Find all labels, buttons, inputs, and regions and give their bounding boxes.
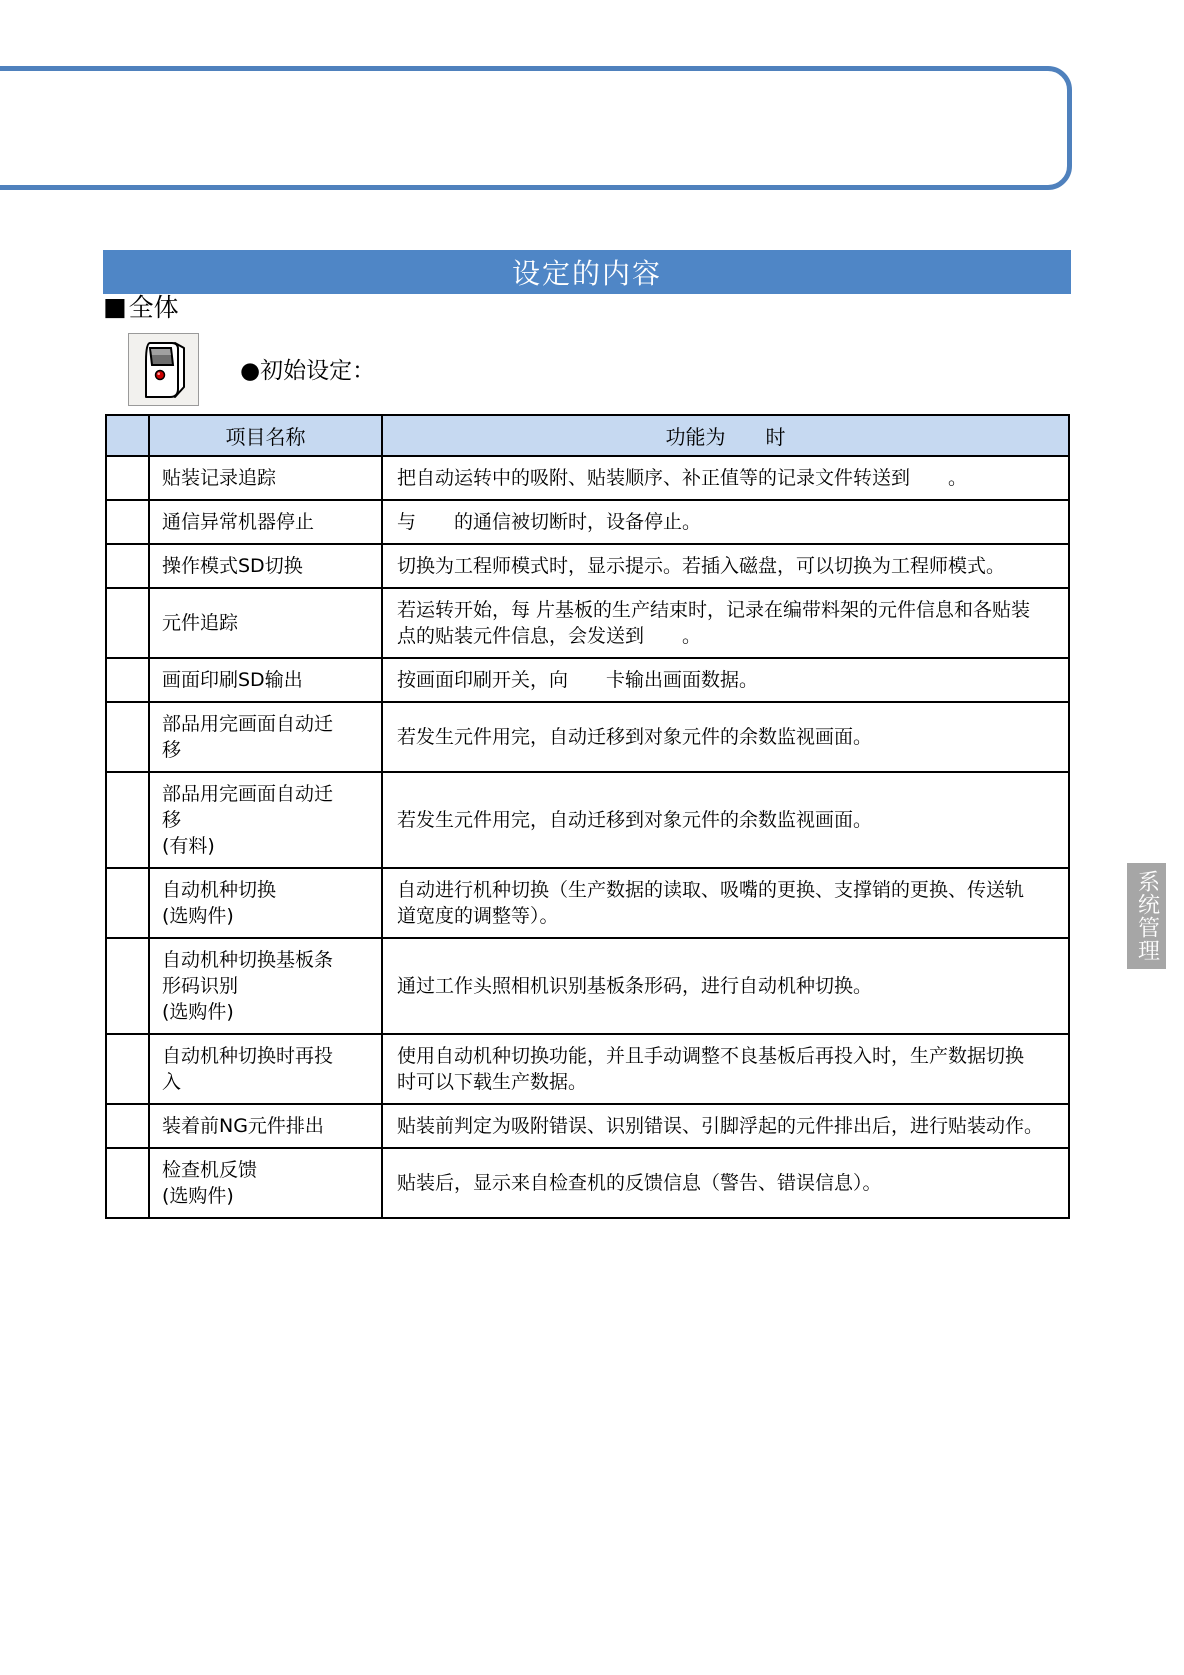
row-blank-cell	[106, 658, 149, 702]
description-cell: 若发生元件用完，自动迁移到对象元件的余数监视画面。	[382, 772, 1069, 868]
table-row: 部品用完画面自动迁 移若发生元件用完，自动迁移到对象元件的余数监视画面。	[106, 702, 1069, 772]
table-row: 元件追踪若运转开始，每 片基板的生产结束时，记录在编带料架的元件信息和各贴装 点…	[106, 588, 1069, 658]
description-cell: 按画面印刷开关，向 卡输出画面数据。	[382, 658, 1069, 702]
row-blank-cell	[106, 1104, 149, 1148]
item-name-cell: 画面印刷SD输出	[149, 658, 382, 702]
row-blank-cell	[106, 456, 149, 500]
row-blank-cell	[106, 1034, 149, 1104]
settings-table-body: 贴装记录追踪把自动运转中的吸附、贴装顺序、补正值等的记录文件转送到 。通信异常机…	[106, 456, 1069, 1218]
table-header-function: 功能为 时	[382, 415, 1069, 456]
item-name-cell: 贴装记录追踪	[149, 456, 382, 500]
page-title-bar: 设定的内容	[103, 250, 1071, 294]
table-row: 贴装记录追踪把自动运转中的吸附、贴装顺序、补正值等的记录文件转送到 。	[106, 456, 1069, 500]
row-blank-cell	[106, 500, 149, 544]
table-row: 操作模式SD切换切换为工程师模式时，显示提示。若插入磁盘，可以切换为工程师模式。	[106, 544, 1069, 588]
initial-setting-line: ●初始设定：	[240, 352, 375, 385]
side-tab-label: 系统管理	[1136, 870, 1158, 962]
table-row: 装着前NG元件排出贴装前判定为吸附错误、识别错误、引脚浮起的元件排出后，进行贴装…	[106, 1104, 1069, 1148]
callout-box	[0, 66, 1072, 190]
description-cell: 通过工作头照相机识别基板条形码，进行自动机种切换。	[382, 938, 1069, 1034]
page-title: 设定的内容	[512, 252, 662, 292]
manual-page: 设定的内容 ■全体 ●初始设定： 项目名称 功能为 时 贴装	[0, 0, 1184, 1675]
machine-icon-box	[128, 333, 199, 406]
section-title: 全体	[129, 288, 179, 324]
table-header-item-name: 项目名称	[149, 415, 382, 456]
item-name-cell: 元件追踪	[149, 588, 382, 658]
item-name-cell: 装着前NG元件排出	[149, 1104, 382, 1148]
settings-table: 项目名称 功能为 时 贴装记录追踪把自动运转中的吸附、贴装顺序、补正值等的记录文…	[105, 414, 1070, 1219]
bullet-icon: ●	[240, 358, 260, 384]
initial-setting-label: 初始设定：	[260, 358, 375, 384]
square-marker-icon: ■	[103, 292, 127, 321]
description-cell: 与 的通信被切断时，设备停止。	[382, 500, 1069, 544]
item-name-cell: 自动机种切换时再投 入	[149, 1034, 382, 1104]
item-name-cell: 部品用完画面自动迁 移 (有料)	[149, 772, 382, 868]
description-cell: 把自动运转中的吸附、贴装顺序、补正值等的记录文件转送到 。	[382, 456, 1069, 500]
row-blank-cell	[106, 868, 149, 938]
description-cell: 若运转开始，每 片基板的生产结束时，记录在编带料架的元件信息和各贴装 点的贴装元…	[382, 588, 1069, 658]
item-name-cell: 操作模式SD切换	[149, 544, 382, 588]
section-heading: ■全体	[103, 288, 179, 324]
table-row: 自动机种切换基板条 形码识别 (选购件)通过工作头照相机识别基板条形码，进行自动…	[106, 938, 1069, 1034]
row-blank-cell	[106, 588, 149, 658]
item-name-cell: 部品用完画面自动迁 移	[149, 702, 382, 772]
placement-machine-icon	[136, 339, 192, 401]
table-row: 画面印刷SD输出按画面印刷开关，向 卡输出画面数据。	[106, 658, 1069, 702]
description-cell: 贴装后，显示来自检查机的反馈信息（警告、错误信息）。	[382, 1148, 1069, 1218]
row-blank-cell	[106, 702, 149, 772]
item-name-cell: 自动机种切换 (选购件)	[149, 868, 382, 938]
description-cell: 自动进行机种切换（生产数据的读取、吸嘴的更换、支撑销的更换、传送轨 道宽度的调整…	[382, 868, 1069, 938]
side-tab-system-management: 系统管理	[1127, 863, 1166, 969]
description-cell: 贴装前判定为吸附错误、识别错误、引脚浮起的元件排出后，进行贴装动作。	[382, 1104, 1069, 1148]
row-blank-cell	[106, 1148, 149, 1218]
description-cell: 若发生元件用完，自动迁移到对象元件的余数监视画面。	[382, 702, 1069, 772]
item-name-cell: 检查机反馈 (选购件)	[149, 1148, 382, 1218]
table-row: 自动机种切换 (选购件)自动进行机种切换（生产数据的读取、吸嘴的更换、支撑销的更…	[106, 868, 1069, 938]
table-row: 通信异常机器停止与 的通信被切断时，设备停止。	[106, 500, 1069, 544]
table-header-blank	[106, 415, 149, 456]
table-header-row: 项目名称 功能为 时	[106, 415, 1069, 456]
row-blank-cell	[106, 938, 149, 1034]
description-cell: 切换为工程师模式时，显示提示。若插入磁盘，可以切换为工程师模式。	[382, 544, 1069, 588]
description-cell: 使用自动机种切换功能，并且手动调整不良基板后再投入时，生产数据切换 时可以下载生…	[382, 1034, 1069, 1104]
table-row: 自动机种切换时再投 入使用自动机种切换功能，并且手动调整不良基板后再投入时，生产…	[106, 1034, 1069, 1104]
row-blank-cell	[106, 772, 149, 868]
table-row: 检查机反馈 (选购件)贴装后，显示来自检查机的反馈信息（警告、错误信息）。	[106, 1148, 1069, 1218]
item-name-cell: 通信异常机器停止	[149, 500, 382, 544]
item-name-cell: 自动机种切换基板条 形码识别 (选购件)	[149, 938, 382, 1034]
row-blank-cell	[106, 544, 149, 588]
table-row: 部品用完画面自动迁 移 (有料)若发生元件用完，自动迁移到对象元件的余数监视画面…	[106, 772, 1069, 868]
settings-table-head: 项目名称 功能为 时	[106, 415, 1069, 456]
